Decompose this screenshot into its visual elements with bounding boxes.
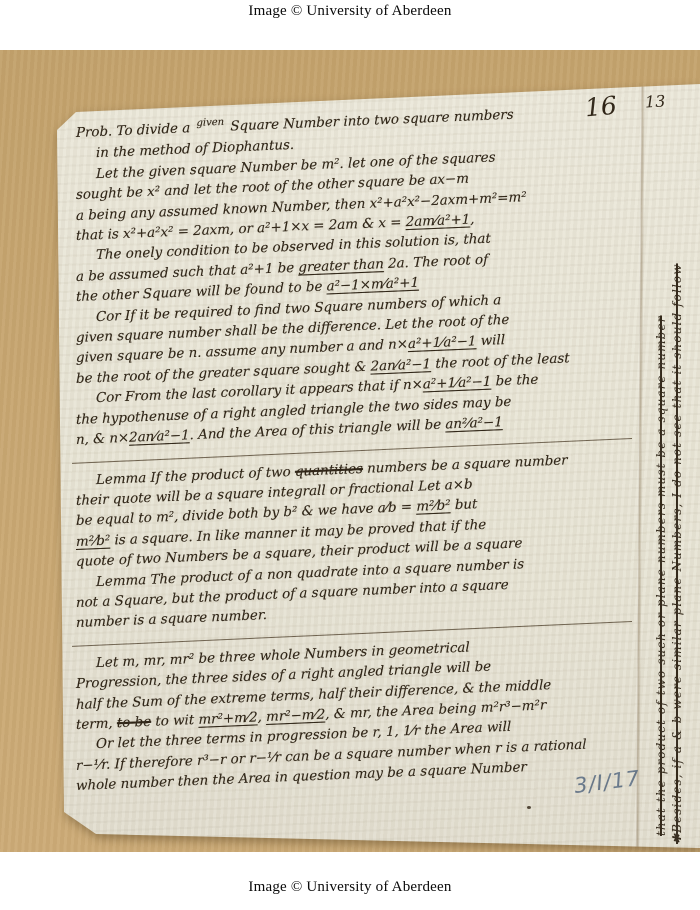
manuscript-lines: Prob. To divide a given Square Number in… [76, 101, 636, 798]
page-number-16: 16 [584, 91, 618, 123]
margin-note-outer: ✱Besides, if a & b were similar plane Nu… [670, 263, 684, 844]
page-number-13: 13 [645, 91, 666, 111]
manuscript-scan: Prob. To divide a given Square Number in… [0, 50, 700, 852]
margin-note-inner: that the product of two such or plane nu… [654, 315, 668, 836]
copyright-caption-bottom: Image © University of Aberdeen [0, 879, 700, 896]
paper-crease [635, 86, 644, 850]
ink-speck [527, 806, 531, 809]
copyright-caption-top: Image © University of Aberdeen [0, 3, 700, 20]
